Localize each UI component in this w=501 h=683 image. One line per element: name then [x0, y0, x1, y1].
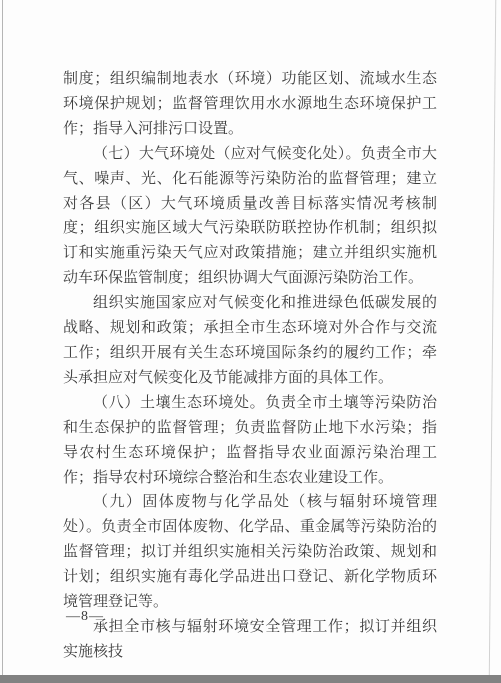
page-number: —8— [66, 604, 104, 629]
paragraph-climate-duties: 组织实施国家应对气候变化和推进绿色低碳发展的战略、规划和政策；承担全市生态环境对… [63, 291, 437, 391]
paragraph-section-7: （七）大气环境处（应对气候变化处）。负责全市大气、噪声、光、化石能源等污染防治的… [63, 142, 437, 291]
document-body: 制度；组织编制地表水（环境）功能区划、流域水生态环境保护规划；监督管理饮用水水源… [63, 67, 437, 665]
paragraph-continuation: 制度；组织编制地表水（环境）功能区划、流域水生态环境保护规划；监督管理饮用水水源… [63, 67, 437, 142]
scan-right-edge-line [489, 0, 497, 683]
paragraph-section-9: （九）固体废物与化学品处（核与辐射环境管理处）。负责全市固体废物、化学品、重金属… [63, 490, 437, 615]
paragraph-nuclear-duties: 承担全市核与辐射环境安全管理工作；拟订并组织实施核技 [63, 615, 437, 665]
scan-left-edge-line [2, 0, 3, 676]
document-page: 制度；组织编制地表水（环境）功能区划、流域水生态环境保护规划；监督管理饮用水水源… [0, 0, 501, 683]
scan-bottom-edge [0, 675, 501, 683]
paragraph-section-8: （八）土壤生态环境处。负责全市土壤等污染防治和生态保护的监督管理；负责监督防止地… [63, 391, 437, 491]
